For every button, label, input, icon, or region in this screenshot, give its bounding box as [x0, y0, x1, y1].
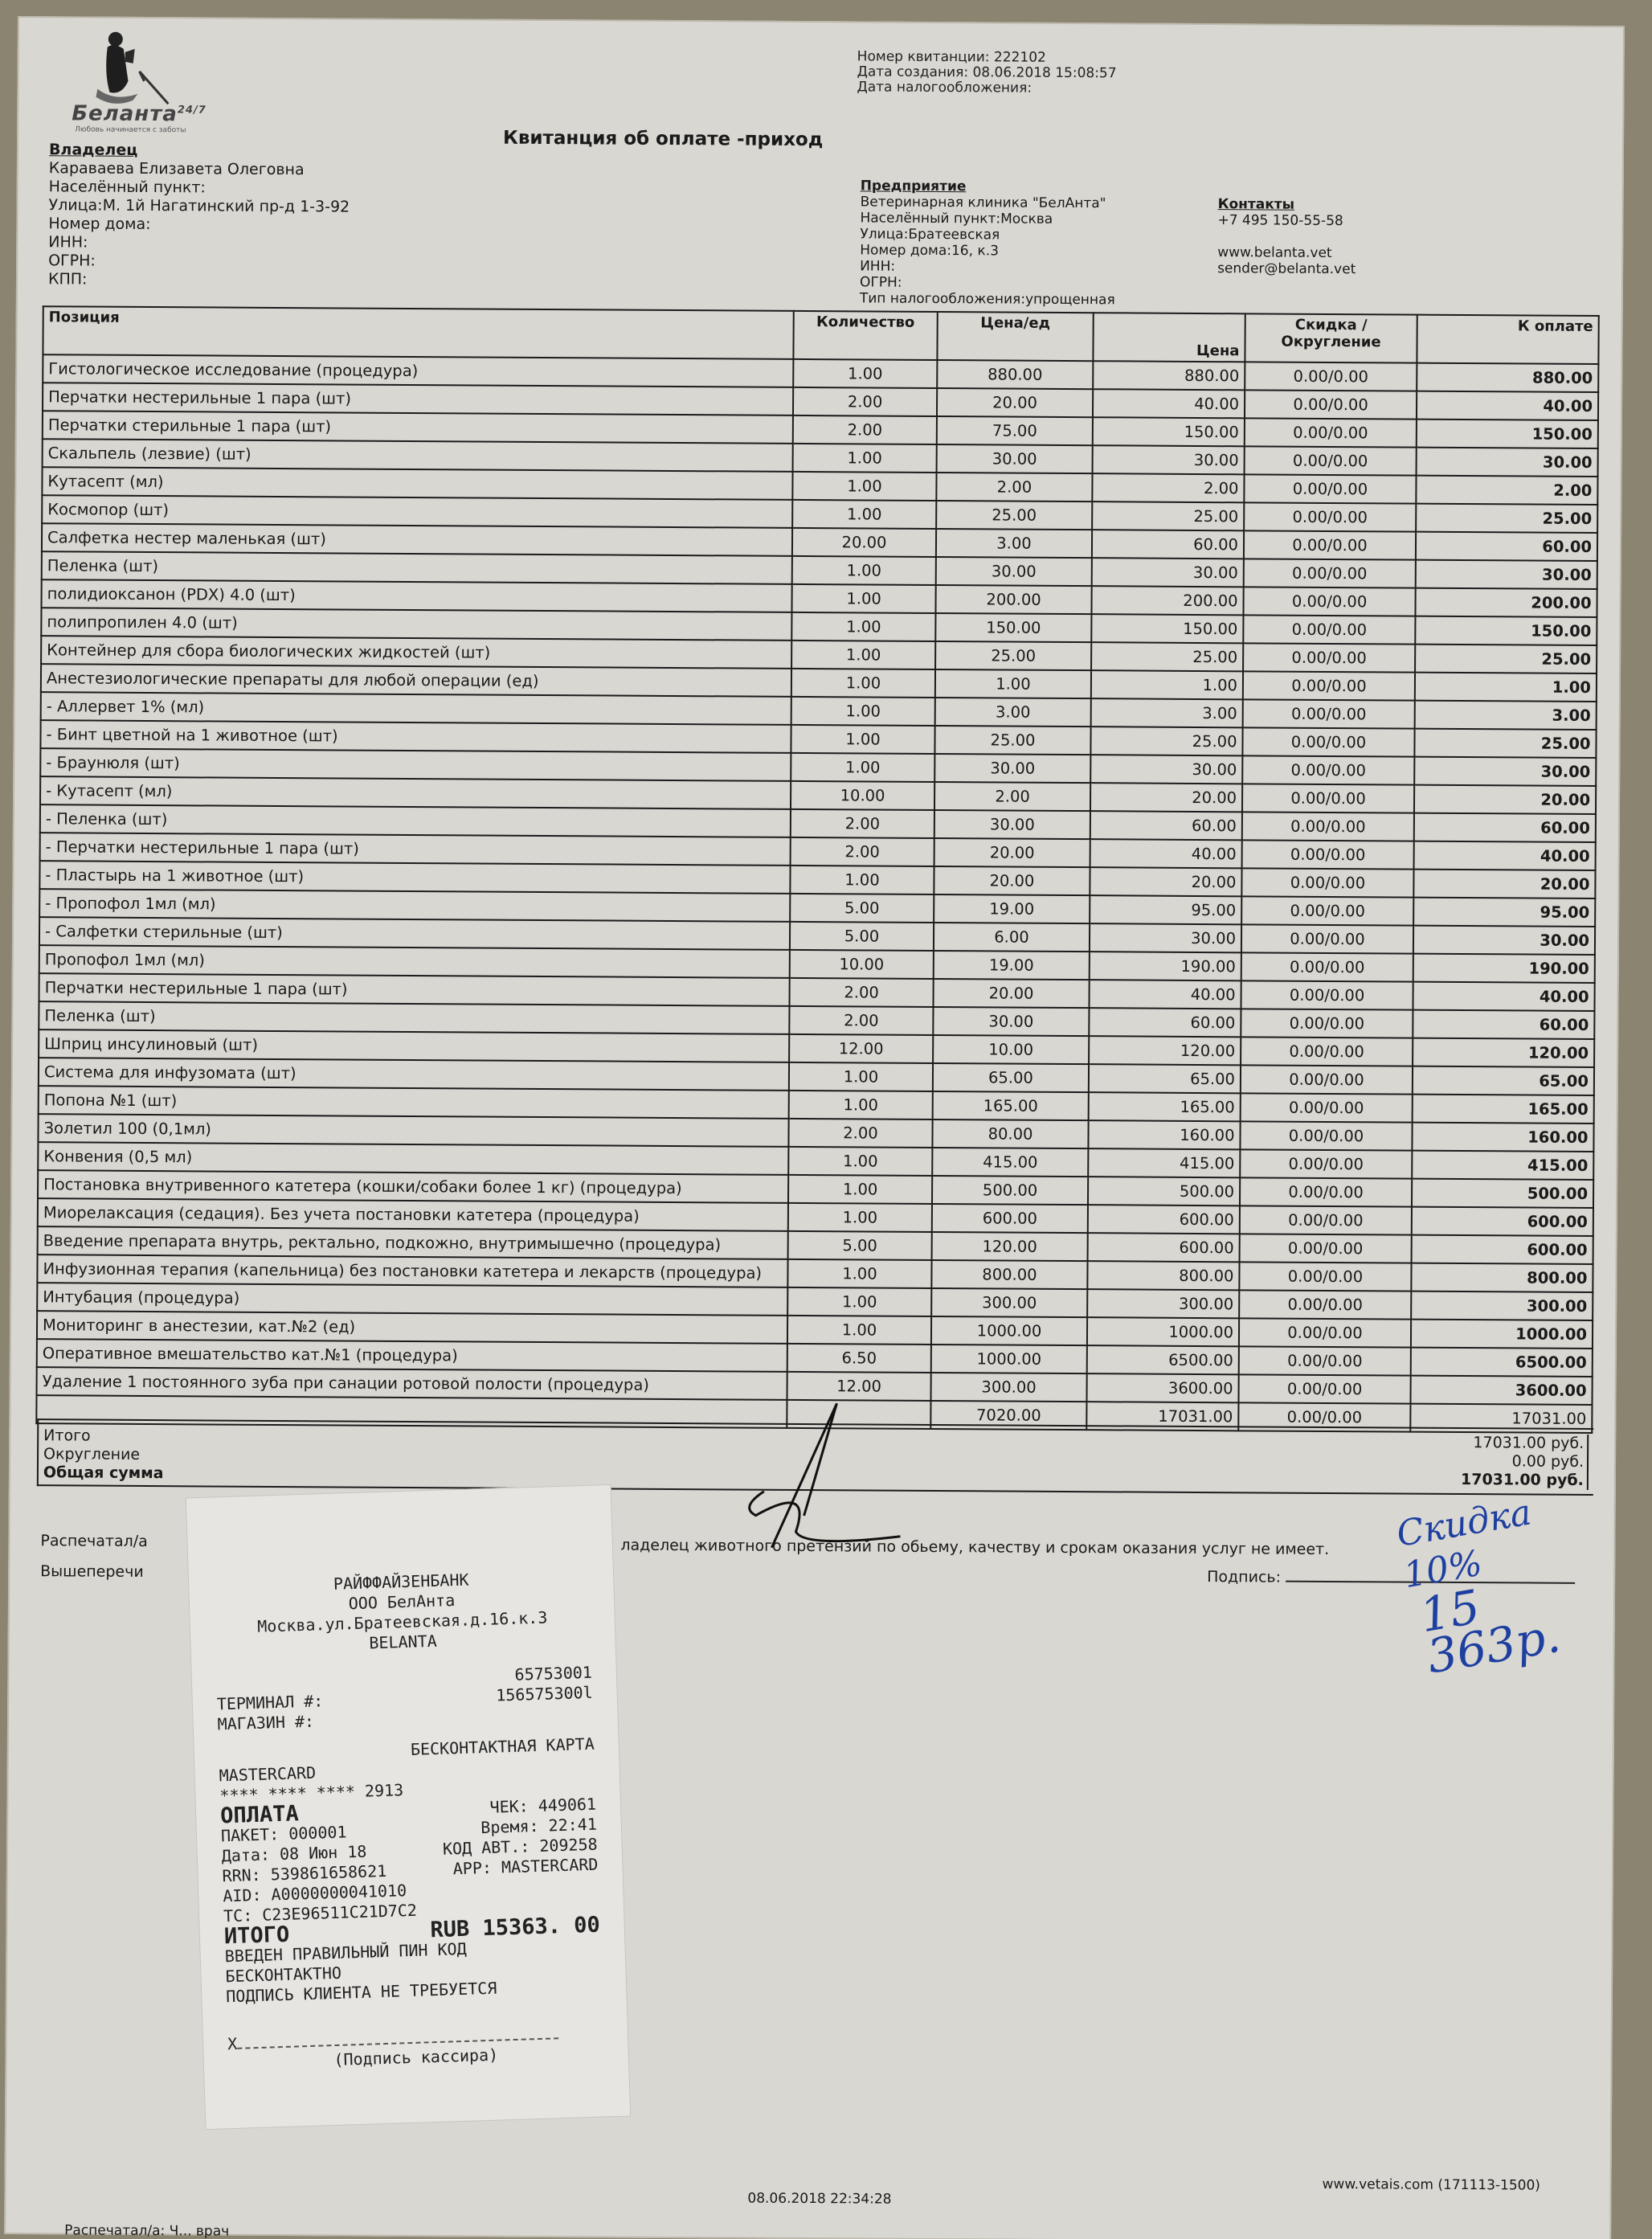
item-name: Оперативное вмешательство кат.№1 (процед…: [37, 1339, 787, 1372]
item-name: - Пропофол 1мл (мл): [39, 889, 790, 922]
slip-shop-label: МАГАЗИН #:: [217, 1712, 314, 1735]
item-to-pay: 165.00: [1413, 1095, 1594, 1124]
item-discount: 0.00/0.00: [1241, 1037, 1413, 1066]
item-name: полидиоксанон (PDX) 4.0 (шт): [42, 579, 792, 612]
slip-aid-label: AID:: [223, 1885, 262, 1906]
item-price: 190.00: [1090, 952, 1241, 980]
item-price: 60.00: [1089, 1008, 1241, 1037]
item-to-pay: 190.00: [1413, 954, 1595, 983]
item-discount: 0.00/0.00: [1242, 840, 1414, 869]
item-price: 600.00: [1088, 1233, 1240, 1262]
item-to-pay: 40.00: [1413, 982, 1594, 1011]
item-quantity: 1.00: [788, 1203, 932, 1232]
contact-phone: +7 495 150-55-58: [1217, 212, 1356, 229]
item-name: Конвения (0,5 мл): [38, 1142, 788, 1175]
item-unit-price: 30.00: [934, 754, 1090, 783]
item-quantity: 1.00: [791, 697, 935, 726]
slip-time: 22:41: [548, 1815, 597, 1836]
item-name: Пропофол 1мл (мл): [39, 945, 790, 978]
item-discount: 0.00/0.00: [1243, 615, 1415, 644]
slip-card-type: MASTERCARD: [219, 1763, 316, 1787]
item-discount: 0.00/0.00: [1243, 671, 1415, 700]
item-name: - Бинт цветной на 1 животное (шт): [40, 720, 791, 753]
item-to-pay: 3.00: [1415, 701, 1597, 730]
item-discount: 0.00/0.00: [1242, 727, 1414, 756]
item-price: 300.00: [1087, 1289, 1239, 1318]
item-name: - Пеленка (шт): [40, 804, 791, 837]
item-discount: 0.00/0.00: [1245, 418, 1417, 447]
slip-shop: 156575300l: [496, 1683, 593, 1706]
slip-packet-label: ПАКЕТ:: [221, 1824, 280, 1845]
item-unit-price: 20.00: [934, 838, 1090, 867]
item-quantity: 2.00: [789, 978, 933, 1007]
item-name: Попона №1 (шт): [39, 1086, 789, 1119]
item-unit-price: 19.00: [934, 951, 1090, 980]
item-discount: 0.00/0.00: [1239, 1290, 1411, 1319]
item-quantity: 1.00: [790, 866, 934, 894]
item-name: - Кутасепт (мл): [40, 776, 791, 809]
item-to-pay: 30.00: [1413, 926, 1595, 955]
item-name: Салфетка нестер маленькая (шт): [42, 523, 792, 556]
item-price: 600.00: [1088, 1205, 1240, 1234]
contacts-heading: Контакты: [1218, 196, 1356, 213]
item-to-pay: 600.00: [1412, 1235, 1593, 1264]
enterprise-heading: Предприятие: [861, 178, 1116, 195]
item-price: 40.00: [1090, 839, 1242, 868]
item-to-pay: 150.00: [1415, 616, 1597, 645]
item-to-pay: 20.00: [1414, 785, 1596, 814]
item-price: 3600.00: [1086, 1373, 1238, 1402]
item-price: 95.00: [1090, 895, 1241, 924]
item-price: 60.00: [1090, 811, 1242, 840]
item-unit-price: 880.00: [937, 360, 1093, 389]
item-unit-price: 30.00: [937, 444, 1093, 473]
item-name: Гистологическое исследование (процедура): [43, 354, 793, 387]
item-name: Удаление 1 постоянного зуба при санации …: [37, 1367, 787, 1400]
item-quantity: 20.00: [792, 528, 936, 557]
item-to-pay: 800.00: [1411, 1263, 1593, 1292]
item-name: Миорелаксация (седация). Без учета поста…: [38, 1198, 788, 1231]
slip-check-label: ЧЕК:: [489, 1796, 529, 1817]
item-price: 800.00: [1087, 1261, 1239, 1290]
item-price: 30.00: [1090, 923, 1241, 952]
item-to-pay: 600.00: [1412, 1207, 1593, 1236]
item-unit-price: 200.00: [935, 585, 1091, 614]
item-to-pay: 200.00: [1415, 588, 1597, 617]
item-discount: 0.00/0.00: [1241, 868, 1413, 897]
summary-grand-label: Общая сумма: [43, 1463, 164, 1483]
item-discount: 0.00/0.00: [1241, 924, 1413, 953]
item-unit-price: 1.00: [935, 669, 1091, 698]
item-quantity: 1.00: [791, 612, 935, 641]
slip-auth-label: КОД АВТ.:: [443, 1836, 530, 1858]
item-price: 150.00: [1091, 614, 1243, 643]
item-price: 30.00: [1092, 558, 1244, 587]
item-quantity: 1.00: [791, 641, 935, 669]
slip-check: 449061: [538, 1795, 596, 1815]
enterprise-locality: Населённый пункт:Москва: [860, 210, 1115, 227]
item-unit-price: 65.00: [933, 1063, 1089, 1092]
header-to-pay: К оплате: [1417, 315, 1598, 364]
item-price: 30.00: [1090, 755, 1242, 784]
item-to-pay: 95.00: [1413, 898, 1595, 927]
item-quantity: 1.00: [791, 725, 934, 754]
item-unit-price: 3.00: [936, 529, 1092, 558]
item-discount: 0.00/0.00: [1243, 699, 1415, 728]
item-discount: 0.00/0.00: [1239, 1318, 1411, 1347]
item-quantity: 1.00: [793, 359, 937, 388]
item-to-pay: 60.00: [1416, 532, 1597, 561]
item-to-pay: 30.00: [1416, 560, 1597, 589]
slip-total: 15363. 00: [482, 1913, 600, 1942]
item-to-pay: 25.00: [1416, 504, 1597, 533]
item-price: 880.00: [1093, 361, 1245, 390]
item-discount: 0.00/0.00: [1241, 1009, 1413, 1038]
item-price: 40.00: [1089, 980, 1241, 1009]
item-discount: 0.00/0.00: [1240, 1149, 1412, 1178]
item-price: 415.00: [1088, 1148, 1240, 1177]
item-price: 1000.00: [1087, 1317, 1239, 1346]
item-to-pay: 30.00: [1414, 757, 1596, 786]
item-to-pay: 2.00: [1416, 476, 1597, 505]
slip-tc: C23E96511C21D7C2: [262, 1901, 417, 1925]
item-quantity: 1.00: [789, 1091, 933, 1119]
logo-tagline: Любовь начинается с заботы: [75, 125, 186, 134]
item-to-pay: 300.00: [1411, 1291, 1593, 1320]
clinic-logo: Беланта24/7 Любовь начинается с заботы: [65, 24, 235, 129]
item-quantity: 12.00: [789, 1034, 933, 1063]
item-discount: 0.00/0.00: [1240, 1177, 1412, 1206]
slip-date-label: Дата:: [221, 1844, 270, 1865]
item-quantity: 1.00: [787, 1287, 931, 1316]
tax-date-label: Дата налогообложения:: [857, 80, 1116, 96]
header-position: Позиция: [43, 306, 793, 359]
item-quantity: 2.00: [793, 415, 937, 444]
item-price: 2.00: [1092, 473, 1244, 502]
item-unit-price: 415.00: [932, 1148, 1088, 1177]
item-unit-price: 165.00: [933, 1091, 1089, 1120]
contact-email: sender@belanta.vet: [1217, 260, 1356, 277]
item-discount: 0.00/0.00: [1241, 1065, 1413, 1094]
item-unit-price: 3.00: [935, 698, 1091, 727]
item-quantity: 6.50: [787, 1344, 931, 1373]
header-unit-price: Цена/ед: [937, 312, 1093, 361]
receipt-number-label: Номер квитанции:: [857, 48, 990, 65]
item-price: 165.00: [1089, 1092, 1241, 1121]
owner-block: Владелец Караваева Елизавета Олеговна На…: [48, 141, 350, 290]
slip-time-label: Время:: [480, 1816, 539, 1837]
page-footer-datetime: 08.06.2018 22:34:28: [747, 2191, 891, 2208]
item-quantity: 2.00: [791, 837, 934, 866]
item-name: Перчатки нестерильные 1 пара (шт): [43, 383, 793, 415]
item-discount: 0.00/0.00: [1240, 1121, 1412, 1150]
item-unit-price: 1000.00: [931, 1316, 1087, 1345]
item-quantity: 1.00: [793, 444, 937, 473]
created-label: Дата создания:: [857, 63, 969, 80]
item-discount: 0.00/0.00: [1244, 559, 1416, 587]
owner-name: Караваева Елизавета Олеговна: [49, 159, 350, 179]
created-date: 08.06.2018 15:08:57: [972, 64, 1116, 81]
slip-rrn-label: RRN:: [222, 1865, 261, 1886]
item-quantity: 2.00: [789, 1006, 933, 1035]
item-to-pay: 60.00: [1413, 1010, 1594, 1039]
item-discount: 0.00/0.00: [1244, 474, 1416, 503]
item-discount: 0.00/0.00: [1241, 1093, 1413, 1122]
item-quantity: 1.00: [788, 1147, 932, 1176]
item-price: 160.00: [1088, 1120, 1240, 1149]
item-price: 1.00: [1091, 670, 1243, 699]
item-unit-price: 6.00: [934, 923, 1090, 952]
item-discount: 0.00/0.00: [1243, 643, 1415, 672]
item-price: 150.00: [1093, 417, 1245, 446]
item-quantity: 2.00: [793, 387, 937, 416]
item-unit-price: 120.00: [932, 1232, 1088, 1261]
item-quantity: 5.00: [790, 922, 934, 951]
slip-date: 08 Июн 18: [280, 1842, 367, 1864]
item-to-pay: 40.00: [1414, 841, 1596, 870]
item-quantity: 1.00: [791, 753, 934, 782]
item-unit-price: 1000.00: [931, 1345, 1087, 1373]
item-name: Перчатки нестерильные 1 пара (шт): [39, 973, 790, 1006]
owner-locality: Населённый пункт:: [49, 178, 350, 198]
item-name: Интубация (процедура): [37, 1283, 787, 1316]
item-price: 3.00: [1091, 698, 1243, 727]
item-discount: 0.00/0.00: [1245, 390, 1417, 419]
item-discount: 0.00/0.00: [1239, 1346, 1411, 1375]
item-name: Перчатки стерильные 1 пара (шт): [43, 411, 793, 444]
item-price: 40.00: [1093, 389, 1245, 418]
item-discount: 0.00/0.00: [1245, 362, 1417, 391]
item-discount: 0.00/0.00: [1241, 896, 1413, 925]
item-to-pay: 20.00: [1413, 870, 1595, 898]
item-discount: 0.00/0.00: [1240, 1234, 1412, 1263]
item-name: Анестезиологические препараты для любой …: [41, 664, 791, 697]
item-to-pay: 40.00: [1417, 391, 1598, 420]
item-unit-price: 2.00: [934, 782, 1090, 811]
slip-total-label: ИТОГО: [224, 1925, 290, 1947]
header-quantity: Количество: [793, 311, 937, 360]
item-name: Кутасепт (мл): [42, 467, 792, 500]
item-discount: 0.00/0.00: [1242, 784, 1414, 813]
logo-brand: Беланта: [72, 101, 178, 126]
woman-with-cat-logo-icon: [65, 24, 227, 105]
enterprise-inn: ИНН:: [860, 258, 1115, 276]
item-unit-price: 25.00: [935, 641, 1091, 670]
item-unit-price: 80.00: [932, 1119, 1088, 1148]
item-price: 30.00: [1093, 445, 1245, 474]
item-quantity: 1.00: [787, 1259, 931, 1288]
item-price: 60.00: [1092, 530, 1244, 559]
enterprise-name: Ветеринарная клиника "БелАнта": [861, 194, 1116, 211]
item-name: Мониторинг в анестезии, кат.№2 (ед): [37, 1311, 787, 1344]
contacts-block: Контакты +7 495 150-55-58 www.belanta.ve…: [1217, 196, 1356, 277]
receipt-number: 222102: [994, 49, 1046, 65]
summary-total: 17031.00 руб.: [1461, 1434, 1584, 1453]
item-name: Пеленка (шт): [39, 1001, 789, 1034]
item-to-pay: 6500.00: [1411, 1348, 1593, 1377]
item-quantity: 5.00: [788, 1231, 932, 1260]
item-to-pay: 30.00: [1417, 448, 1598, 477]
item-to-pay: 880.00: [1417, 363, 1598, 392]
item-quantity: 10.00: [790, 950, 934, 979]
enterprise-block: Предприятие Ветеринарная клиника "БелАнт…: [860, 178, 1116, 308]
item-unit-price: 20.00: [937, 388, 1093, 417]
item-quantity: 2.00: [791, 809, 934, 838]
item-unit-price: 19.00: [934, 894, 1090, 923]
item-unit-price: 30.00: [933, 1007, 1089, 1036]
item-price: 25.00: [1090, 727, 1242, 755]
item-quantity: 1.00: [789, 1062, 933, 1091]
item-discount: 0.00/0.00: [1243, 587, 1415, 616]
item-to-pay: 120.00: [1413, 1038, 1594, 1067]
enterprise-tax-type: Тип налогообложения:упрощенная: [860, 290, 1115, 308]
item-unit-price: 30.00: [936, 557, 1092, 586]
item-name: - Браунюля (шт): [40, 748, 791, 781]
owner-house: Номер дома:: [48, 215, 350, 235]
item-discount: 0.00/0.00: [1245, 446, 1417, 475]
item-to-pay: 65.00: [1413, 1066, 1594, 1095]
item-discount: 0.00/0.00: [1241, 952, 1413, 981]
printed-by-label: Распечатал/а: [40, 1525, 148, 1557]
item-name: Золетил 100 (0,1мл): [38, 1114, 788, 1147]
slip-app: MASTERCARD: [501, 1855, 599, 1877]
item-unit-price: 20.00: [934, 866, 1090, 895]
logo-suffix: 24/7: [178, 104, 206, 117]
page-footer-printed-by: Распечатал/а: Ч... врач: [64, 2222, 229, 2239]
item-name: Инфузионная терапия (капельница) без пос…: [37, 1255, 787, 1287]
item-discount: 0.00/0.00: [1240, 1205, 1412, 1234]
item-name: Контейнер для сбора биологических жидкос…: [41, 636, 791, 669]
header-discount: Скидка / Округление: [1245, 313, 1417, 362]
card-payment-slip: РАЙФФАЙЗЕНБАНК ООО БелАнта Москва.ул.Бра…: [186, 1484, 631, 2130]
item-to-pay: 25.00: [1414, 729, 1596, 758]
item-quantity: 1.00: [787, 1316, 931, 1345]
item-price: 500.00: [1088, 1177, 1240, 1205]
item-quantity: 1.00: [791, 584, 935, 613]
item-to-pay: 1.00: [1415, 673, 1597, 702]
handwritten-note: Скидка 10% 15 363р.: [1394, 1480, 1628, 1680]
item-name: Постановка внутривенного катетера (кошки…: [38, 1170, 788, 1203]
slip-cashier-x: X: [227, 2034, 238, 2053]
item-unit-price: 300.00: [931, 1288, 1087, 1317]
item-to-pay: 60.00: [1414, 813, 1596, 842]
slip-auth: 209258: [539, 1835, 598, 1856]
slip-app-label: APP:: [452, 1858, 492, 1879]
item-name: Система для инфузомата (шт): [39, 1058, 789, 1091]
item-name: Скальпель (лезвие) (шт): [43, 439, 793, 472]
item-unit-price: 300.00: [930, 1373, 1086, 1402]
slip-operation: ОПЛАТА: [220, 1803, 299, 1826]
item-unit-price: 10.00: [933, 1035, 1089, 1064]
item-price: 200.00: [1091, 586, 1243, 615]
item-to-pay: 415.00: [1412, 1151, 1593, 1180]
summary-rounding-label: Округление: [43, 1445, 164, 1464]
item-name: Введение препарата внутрь, ректально, по…: [38, 1226, 788, 1259]
summary-total-label: Итого: [43, 1426, 164, 1446]
item-quantity: 1.00: [792, 500, 936, 529]
item-to-pay: 3600.00: [1410, 1376, 1592, 1405]
item-price: 65.00: [1089, 1064, 1241, 1093]
item-quantity: 1.00: [792, 556, 936, 585]
item-name: Космопор (шт): [42, 495, 792, 528]
receipt-meta: Номер квитанции: 222102 Дата создания: 0…: [857, 49, 1116, 96]
item-unit-price: 2.00: [936, 473, 1092, 501]
item-to-pay: 25.00: [1415, 645, 1597, 673]
header-price: Цена: [1093, 313, 1245, 362]
item-name: Пеленка (шт): [42, 551, 792, 584]
items-table: Позиция Количество Цена/ед Цена Скидка /…: [35, 305, 1599, 1434]
owner-inn: ИНН:: [48, 233, 350, 253]
item-discount: 0.00/0.00: [1239, 1262, 1411, 1291]
printed-by-block: Распечатал/а Вышеперечи: [40, 1525, 148, 1587]
item-name: полипропилен 4.0 (шт): [41, 608, 791, 641]
item-quantity: 10.00: [791, 781, 934, 810]
item-name: Шприц инсулиновый (шт): [39, 1029, 789, 1062]
item-to-pay: 1000.00: [1411, 1320, 1593, 1349]
item-price: 20.00: [1090, 867, 1241, 896]
item-discount: 0.00/0.00: [1244, 502, 1416, 531]
item-quantity: 1.00: [788, 1175, 932, 1204]
item-price: 20.00: [1090, 783, 1242, 812]
contact-website: www.belanta.vet: [1217, 244, 1356, 261]
item-unit-price: 800.00: [931, 1260, 1087, 1289]
item-to-pay: 160.00: [1412, 1123, 1593, 1152]
item-unit-price: 600.00: [932, 1204, 1088, 1233]
enterprise-house: Номер дома:16, к.3: [860, 242, 1115, 260]
document-title: Квитанция об оплате -приход: [503, 128, 823, 150]
owner-kpp: КПП:: [48, 270, 350, 290]
slip-packet: 000001: [288, 1822, 347, 1843]
item-name: - Пластырь на 1 животное (шт): [39, 861, 790, 894]
signature-icon: [715, 1394, 909, 1556]
owner-street: Улица:М. 1й Нагатинский пр-д 1-3-92: [48, 196, 350, 216]
item-quantity: 1.00: [791, 669, 935, 698]
item-quantity: 1.00: [792, 472, 936, 501]
item-discount: 0.00/0.00: [1244, 530, 1416, 559]
item-unit-price: 20.00: [933, 979, 1089, 1008]
item-price: 120.00: [1089, 1036, 1241, 1065]
item-discount: 0.00/0.00: [1238, 1374, 1410, 1403]
above-listed-text: Вышеперечи: [40, 1556, 148, 1587]
item-quantity: 2.00: [788, 1119, 932, 1148]
enterprise-street: Улица:Братеевская: [860, 226, 1115, 244]
item-unit-price: 75.00: [937, 416, 1093, 445]
item-quantity: 5.00: [790, 894, 934, 923]
item-name: - Перчатки нестерильные 1 пара (шт): [40, 833, 791, 866]
item-name: - Аллервет 1% (мл): [41, 692, 791, 725]
slip-rrn: 539861658621: [270, 1861, 386, 1885]
item-unit-price: 30.00: [934, 810, 1090, 839]
item-unit-price: 25.00: [936, 501, 1092, 530]
item-unit-price: 150.00: [935, 613, 1091, 642]
item-discount: 0.00/0.00: [1242, 755, 1414, 784]
item-name: - Салфетки стерильные (шт): [39, 917, 790, 950]
owner-ogrn: ОГРН:: [48, 252, 350, 272]
slip-terminal: 65753001: [514, 1663, 592, 1685]
item-price: 6500.00: [1087, 1345, 1239, 1374]
item-price: 25.00: [1091, 642, 1243, 671]
signature-label: Подпись:: [1207, 1568, 1281, 1586]
item-unit-price: 500.00: [932, 1176, 1088, 1205]
enterprise-ogrn: ОГРН:: [860, 274, 1115, 292]
item-discount: 0.00/0.00: [1242, 812, 1414, 841]
summary-rounding: 0.00 руб.: [1461, 1452, 1584, 1472]
page-footer-vendor: www.vetais.com (171113-1500): [1322, 2176, 1540, 2194]
item-unit-price: 25.00: [934, 726, 1090, 755]
item-to-pay: 500.00: [1412, 1179, 1593, 1208]
item-price: 25.00: [1092, 501, 1244, 530]
item-discount: 0.00/0.00: [1241, 980, 1413, 1009]
